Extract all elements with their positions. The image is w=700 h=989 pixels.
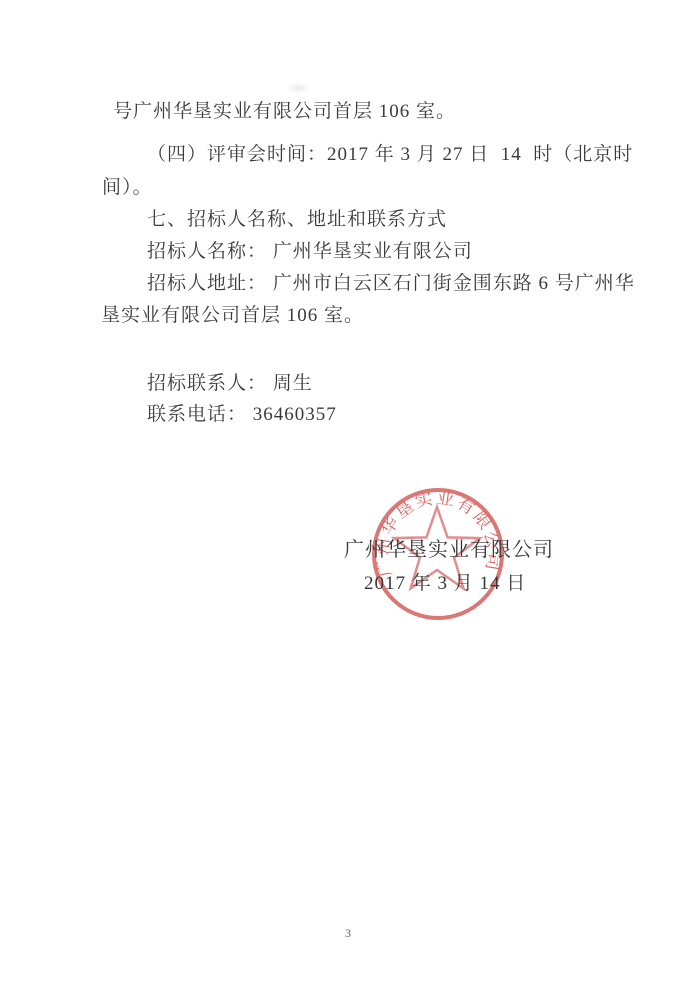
doc-line-address-wrap: 垦实业有限公司首层 106 室。: [101, 300, 364, 327]
doc-line-review-time: （四）评审会时间：2017 年 3 月 27 日 14 时（北京时: [147, 139, 633, 166]
doc-line-tenderer-address: 招标人地址： 广州市白云区石门街金围东路 6 号广州华: [147, 268, 635, 295]
signature-date: 2017 年 3 月 14 日: [364, 568, 526, 595]
scanned-document-page: 号广州华垦实业有限公司首层 106 室。 （四）评审会时间：2017 年 3 月…: [0, 0, 700, 989]
doc-line-address-continued: 号广州华垦实业有限公司首层 106 室。: [113, 96, 456, 123]
doc-line-tenderer-name: 招标人名称： 广州华垦实业有限公司: [147, 236, 473, 263]
scan-artifact: [290, 85, 306, 91]
doc-line-contact-phone: 联系电话： 36460357: [147, 399, 337, 426]
page-number: 3: [345, 926, 351, 941]
doc-line-review-time-wrap: 间）。: [102, 172, 153, 199]
doc-line-contact-person: 招标联系人： 周生: [147, 368, 313, 395]
signature-company: 广州华垦实业有限公司: [344, 533, 554, 562]
doc-line-section-seven-title: 七、招标人名称、地址和联系方式: [147, 204, 447, 231]
